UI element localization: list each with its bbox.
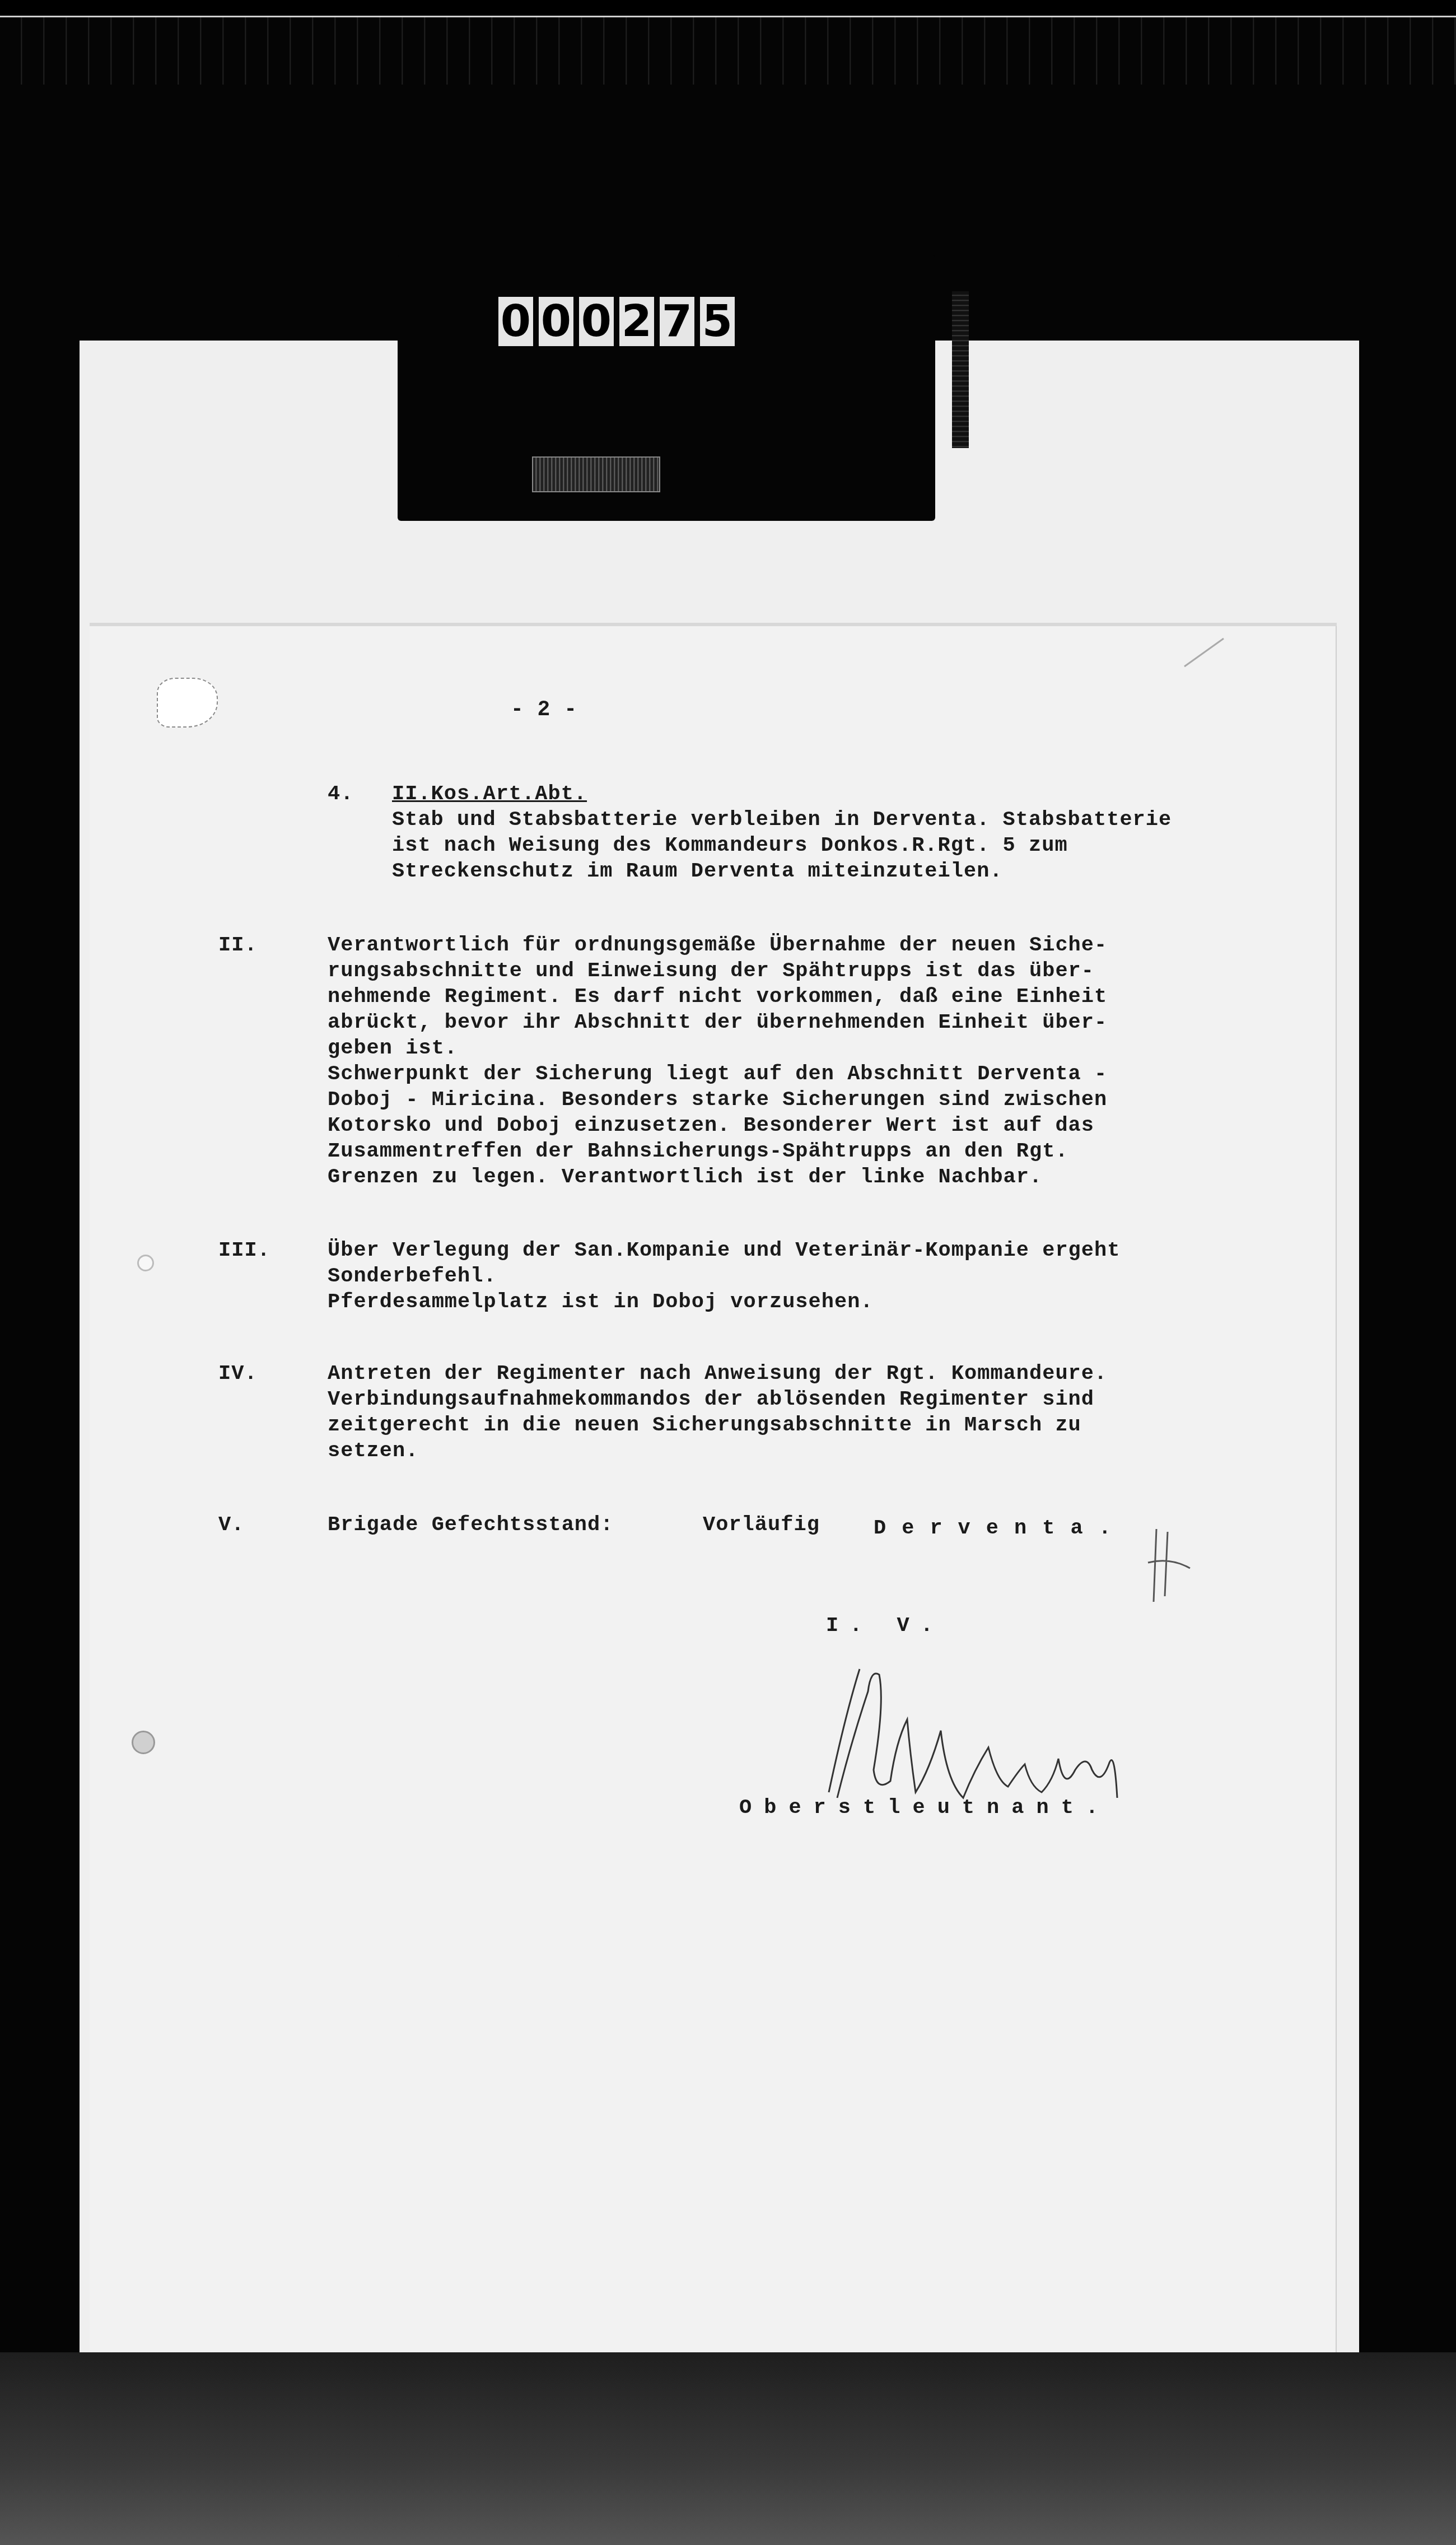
counter-label-plate [532,456,660,492]
closing-iv: I. V. [826,1613,944,1639]
text-line: Schwerpunkt der Sicherung liegt auf den … [328,1061,1107,1087]
section-number: III. [218,1238,270,1264]
text-line: Pferdesammelplatz ist in Doboj vorzusehe… [328,1289,874,1315]
film-border-bottom [0,2352,1456,2545]
text-line: Zusammentreffen der Bahnsicherungs-Späht… [328,1139,1068,1164]
counter-digit: 0 [539,297,573,346]
counter-digit: 0 [579,297,614,346]
text-line: Verbindungsaufnahmekommandos der ablösen… [328,1387,1094,1413]
handwritten-initials [1137,1523,1198,1607]
text-line: geben ist. [328,1036,458,1061]
frame-counter-digits: 0 0 0 2 7 5 [498,297,735,346]
section-heading: II.Kos.Art.Abt. [392,781,587,807]
command-post-label: Brigade Gefechtsstand: [328,1512,613,1538]
text-line: Verantwortlich für ordnungsgemäße Überna… [328,933,1107,958]
counter-digit: 7 [660,297,694,346]
command-post-location: Derventa. [874,1516,1127,1541]
counter-digit: 5 [700,297,735,346]
text-line: Über Verlegung der San.Kompanie und Vete… [328,1238,1120,1264]
frame-counter: 0 0 0 2 7 5 [398,255,935,521]
torn-hole [157,678,218,728]
text-line: Grenzen zu legen. Verantwortlich ist der… [328,1164,1042,1190]
counter-knob [952,291,969,448]
page-number: - 2 - [511,697,577,723]
film-scratches [0,17,1456,85]
text-line: setzen. [328,1438,418,1464]
document-page [90,626,1337,2357]
text-line: abrückt, bevor ihr Abschnitt der überneh… [328,1010,1107,1036]
text-line: Kotorsko und Doboj einzusetzen. Besonder… [328,1113,1094,1139]
text-line: rungsabschnitte und Einweisung der Späht… [328,958,1094,984]
punch-hole [137,1255,154,1271]
film-border-top [0,0,1456,17]
text-line: Sonderbefehl. [328,1264,497,1289]
command-post-prefix: Vorläufig [703,1512,820,1538]
text-line: ist nach Weisung des Kommandeurs Donkos.… [392,833,1068,859]
section-number: II. [218,933,258,958]
section-number: 4. [328,781,353,807]
counter-digit: 0 [498,297,533,346]
signatory-rank: Oberstleutnant. [739,1795,1110,1821]
punch-hole [132,1731,155,1754]
pencil-mark [1182,636,1226,669]
section-number: IV. [218,1361,258,1387]
section-number: V. [218,1512,244,1538]
text-line: Stab und Stabsbatterie verbleiben in Der… [392,807,1172,833]
text-line: Doboj - Miricina. Besonders starke Siche… [328,1087,1107,1113]
text-line: Streckenschutz im Raum Derventa miteinzu… [392,859,1003,884]
handwritten-signature [795,1658,1210,1809]
counter-digit: 2 [619,297,654,346]
text-line: Antreten der Regimenter nach Anweisung d… [328,1361,1107,1387]
text-line: nehmende Regiment. Es darf nicht vorkomm… [328,984,1107,1010]
text-line: zeitgerecht in die neuen Sicherungsabsch… [328,1413,1081,1438]
